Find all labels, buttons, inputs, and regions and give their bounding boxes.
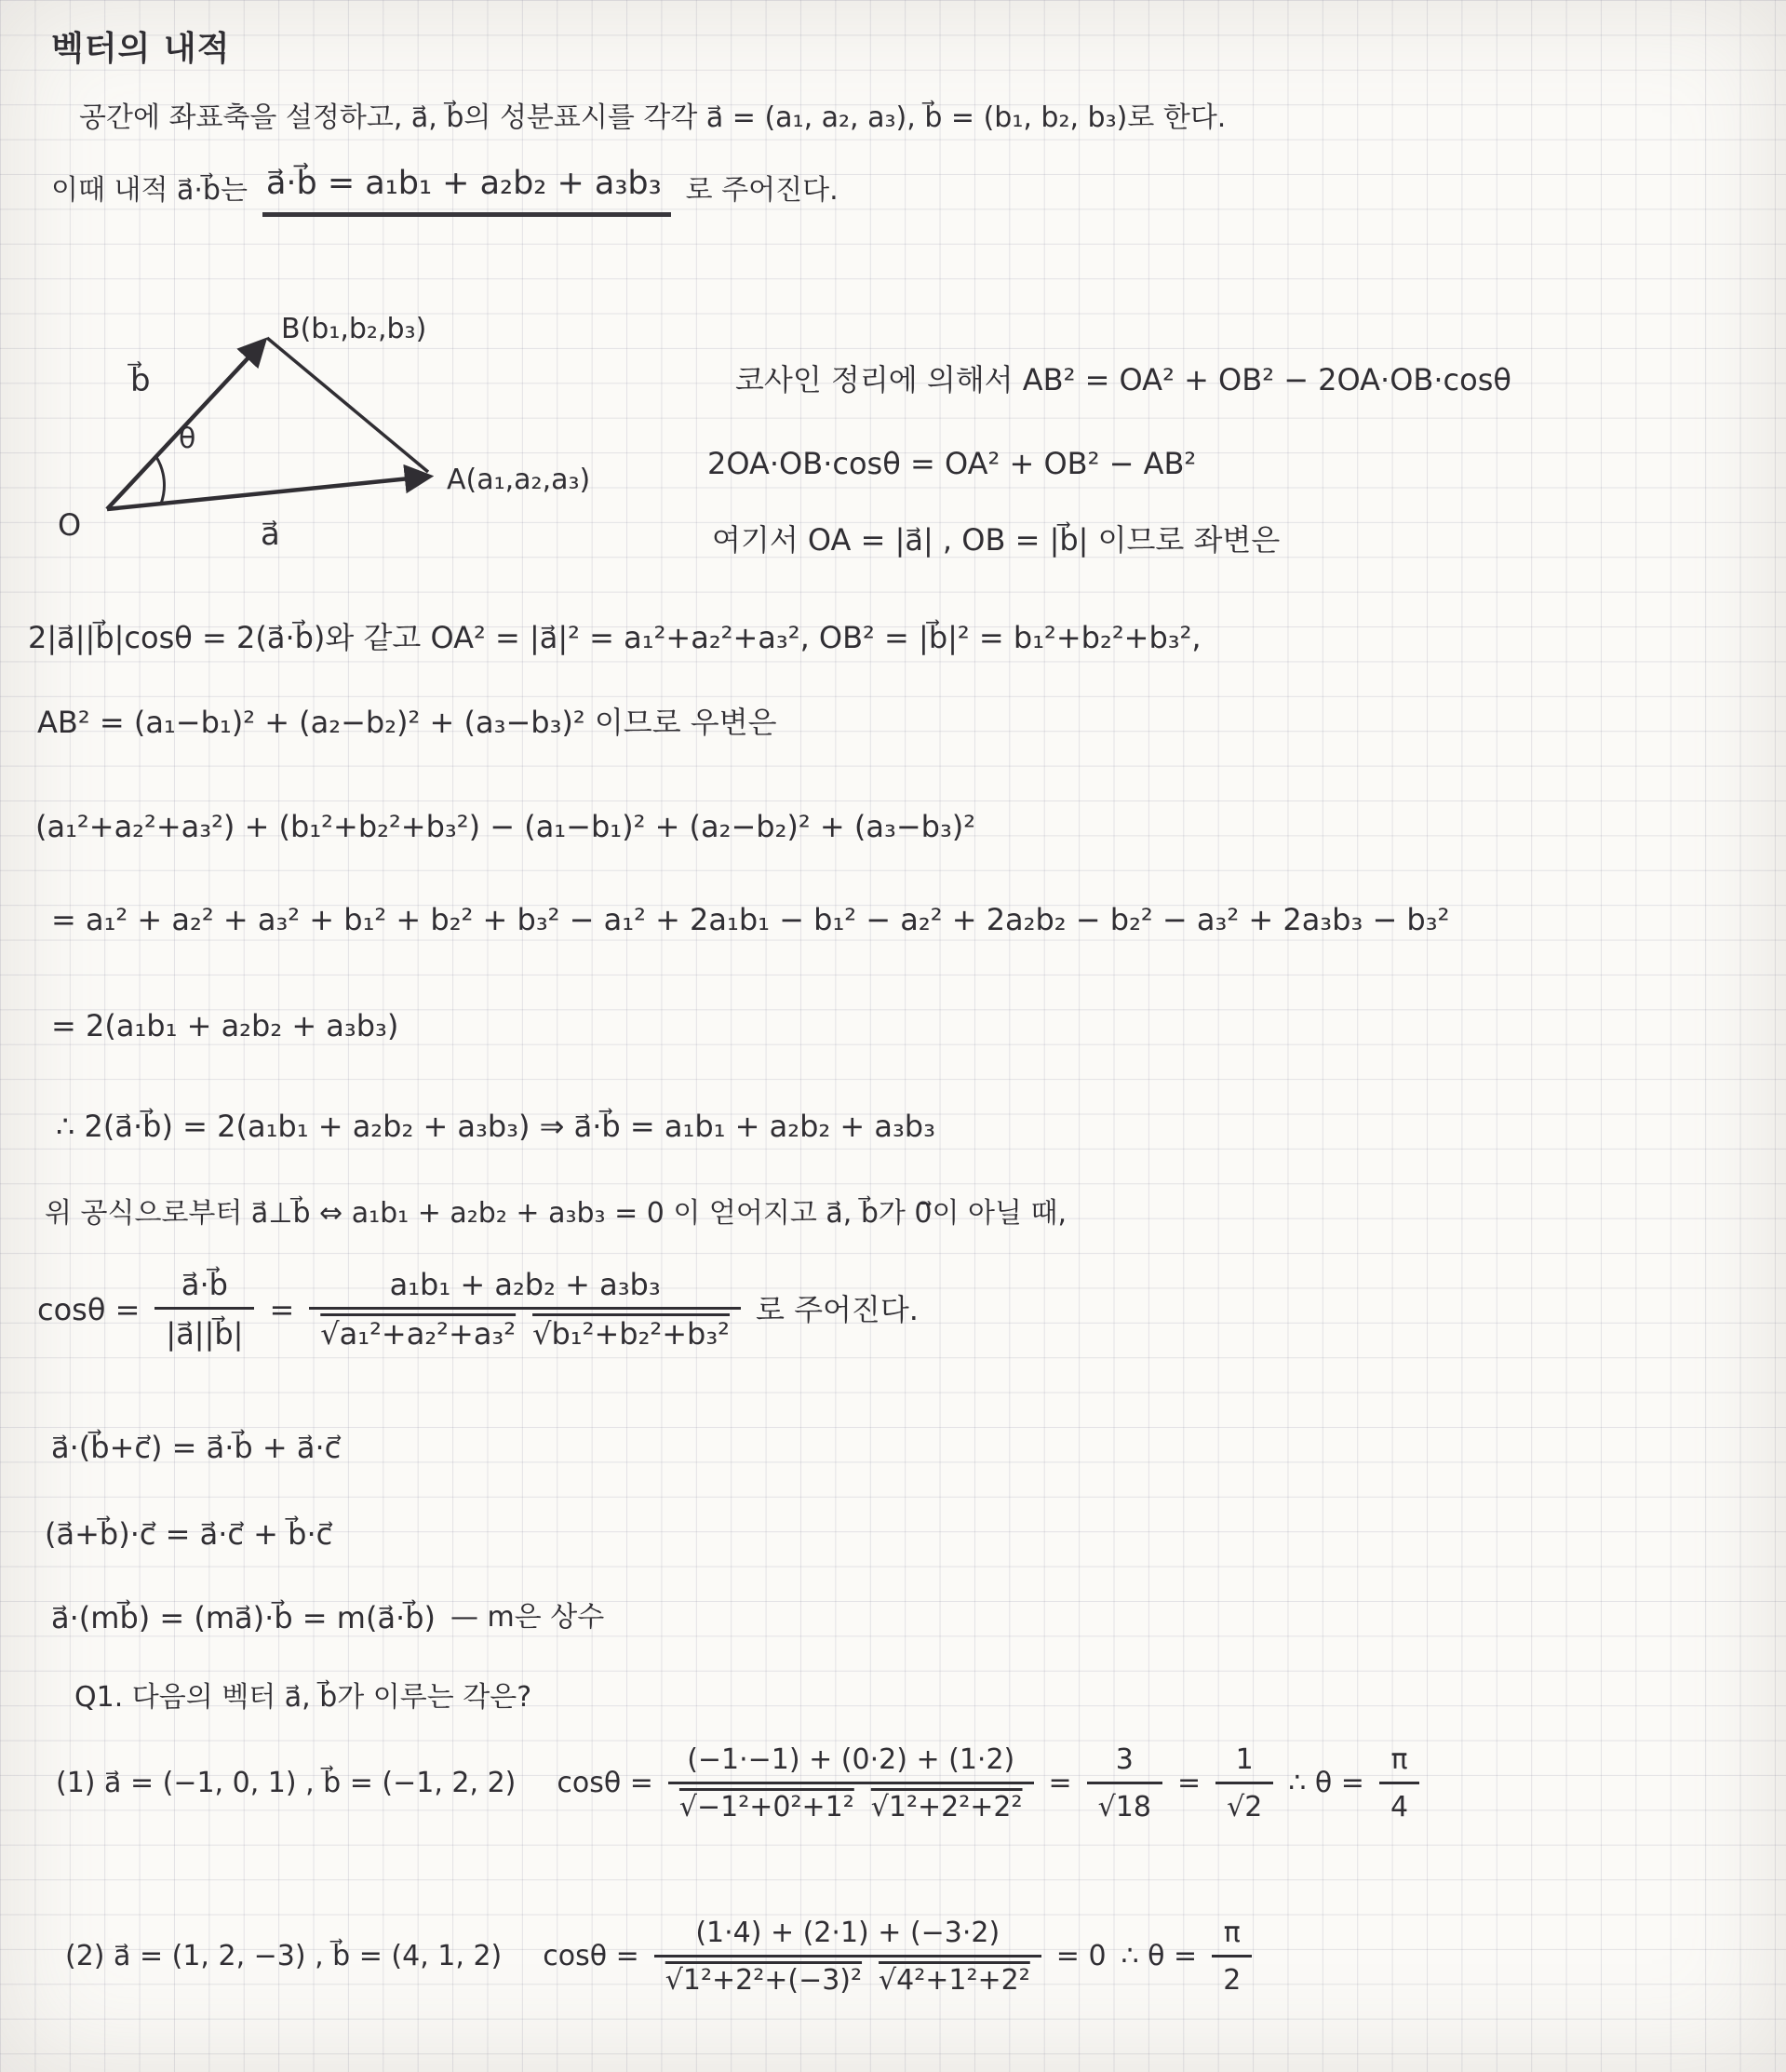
part1-fraction-3: 1 √2 — [1215, 1742, 1273, 1824]
notebook-page: 벡터의 내적 공간에 좌표축을 설정하고, a⃗, b⃗의 성분표시를 각각 a… — [0, 0, 1786, 2072]
question-part-2: (2) a⃗ = (1, 2, −3) , b⃗ = (4, 1, 2) cos… — [65, 1916, 1252, 1998]
fraction-numerator: π — [1379, 1742, 1418, 1782]
radical-b: √1²+2²+2² — [871, 1790, 1023, 1825]
fraction-numerator: π — [1213, 1916, 1252, 1955]
vector-a-arrow — [107, 477, 428, 509]
part1-fraction: (−1·−1) + (0·2) + (1·2) √−1²+0²+1² √1²+2… — [668, 1742, 1034, 1824]
intro-line-1: 공간에 좌표축을 설정하고, a⃗, b⃗의 성분표시를 각각 a⃗ = (a₁… — [79, 101, 1226, 136]
part1-cos-lhs: cosθ = — [557, 1766, 653, 1801]
scalar-property-note: — m은 상수 — [450, 1600, 604, 1635]
fraction-numerator: a⃗·b⃗ — [170, 1266, 239, 1307]
part2-cos-lhs: cosθ = — [543, 1939, 639, 1974]
fraction-denominator: |a⃗||b⃗| — [166, 1315, 243, 1352]
property-line-2: (a⃗+b⃗)·c⃗ = a⃗·c⃗ + b⃗·c⃗ — [45, 1515, 332, 1553]
point-b-label: B(b₁,b₂,b₃) — [281, 313, 426, 345]
radical-b: √4²+1²+2² — [879, 1963, 1030, 1998]
page-title: 벡터의 내적 — [51, 28, 230, 70]
vector-a-label: a⃗ — [261, 516, 280, 553]
fraction-denominator: √18 — [1098, 1790, 1151, 1825]
radical-a: √1²+2²+(−3)² — [665, 1963, 862, 1998]
question-header: Q1. 다음의 벡터 a⃗, b⃗가 이루는 각은? — [74, 1680, 531, 1715]
part2-therefore: ∴ θ = — [1121, 1939, 1198, 1974]
vector-triangle-figure: B(b₁,b₂,b₃) A(a₁,a₂,a₃) O b⃗ a⃗ θ — [37, 312, 689, 558]
question-part-1: (1) a⃗ = (−1, 0, 1) , b⃗ = (−1, 2, 2) co… — [56, 1742, 1419, 1824]
radical-a: √−1²+0²+1² — [679, 1790, 854, 1825]
equals-sign: = — [1049, 1766, 1072, 1801]
part2-answer-fraction: π 2 — [1212, 1916, 1252, 1998]
fraction-numerator: a₁b₁ + a₂b₂ + a₃b₃ — [379, 1266, 672, 1307]
part2-result: = 0 — [1056, 1939, 1107, 1974]
fraction-denominator: 2 — [1223, 1963, 1241, 1998]
part1-fraction-2: 3 √18 — [1087, 1742, 1162, 1824]
derivation-line-4: = a₁² + a₂² + a₃² + b₁² + b₂² + b₃² − a₁… — [51, 901, 1449, 938]
equals-sign: = — [1177, 1766, 1201, 1801]
fraction-numerator: (1·4) + (2·1) + (−3·2) — [684, 1916, 1011, 1955]
theta-label: θ — [179, 423, 195, 455]
derivation-line-7: 위 공식으로부터 a⃗⊥b⃗ ⇔ a₁b₁ + a₂b₂ + a₃b₃ = 0 … — [45, 1196, 1067, 1231]
derivation-line-2: AB² = (a₁−b₁)² + (a₂−b₂)² + (a₃−b₃)² 이므로… — [37, 704, 777, 741]
part1-therefore: ∴ θ = — [1288, 1766, 1364, 1801]
cosine-law-line-3: 여기서 OA = |a⃗| , OB = |b⃗| 이므로 좌변은 — [712, 521, 1280, 558]
theta-arc — [156, 457, 164, 504]
property-line-1: a⃗·(b⃗+c⃗) = a⃗·b⃗ + a⃗·c⃗ — [51, 1429, 341, 1466]
part1-answer-fraction: π 4 — [1379, 1742, 1419, 1824]
radical-a: √a₁²+a₂²+a₃² — [320, 1315, 516, 1352]
derivation-line-1: 2|a⃗||b⃗|cosθ = 2(a⃗·b⃗)와 같고 OA² = |a⃗|²… — [28, 619, 1202, 656]
intro-line-2: 이때 내적 a⃗·b⃗는 a⃗·b⃗ = a₁b₁ + a₂b₂ + a₃b₃ … — [51, 164, 839, 217]
cosine-law-line-1: 코사인 정리에 의해서 AB² = OA² + OB² − 2OA·OB·cos… — [735, 361, 1511, 398]
fraction-denominator: √2 — [1227, 1790, 1262, 1825]
cos-suffix: 로 주어진다. — [756, 1291, 919, 1328]
cos-fraction-symbolic: a⃗·b⃗ |a⃗||b⃗| — [154, 1266, 254, 1352]
cos-lhs: cosθ = — [37, 1291, 140, 1328]
derivation-line-3: (a₁²+a₂²+a₃²) + (b₁²+b₂²+b₃²) − (a₁−b₁)²… — [35, 808, 975, 845]
scalar-property: a⃗·(mb⃗) = (ma⃗)·b⃗ = m(a⃗·b⃗) — [51, 1599, 436, 1636]
equals-sign: = — [269, 1291, 294, 1328]
dot-product-formula: a⃗·b⃗ = a₁b₁ + a₂b₂ + a₃b₃ — [262, 164, 671, 217]
part2-fraction: (1·4) + (2·1) + (−3·2) √1²+2²+(−3)² √4²+… — [654, 1916, 1041, 1998]
fraction-numerator: 3 — [1105, 1742, 1145, 1782]
derivation-line-6: ∴ 2(a⃗·b⃗) = 2(a₁b₁ + a₂b₂ + a₃b₃) ⇒ a⃗·… — [56, 1108, 935, 1145]
fraction-denominator: 4 — [1390, 1790, 1408, 1825]
derivation-line-5: = 2(a₁b₁ + a₂b₂ + a₃b₃) — [51, 1007, 398, 1044]
origin-label: O — [58, 507, 81, 543]
fraction-numerator: 1 — [1225, 1742, 1265, 1782]
cos-fraction-components: a₁b₁ + a₂b₂ + a₃b₃ √a₁²+a₂²+a₃² √b₁²+b₂²… — [309, 1266, 741, 1352]
property-line-3: a⃗·(mb⃗) = (ma⃗)·b⃗ = m(a⃗·b⃗) — m은 상수 — [51, 1599, 604, 1636]
cosine-law-line-2: 2OA·OB·cosθ = OA² + OB² − AB² — [707, 445, 1196, 482]
part2-given: (2) a⃗ = (1, 2, −3) , b⃗ = (4, 1, 2) — [65, 1939, 502, 1974]
cos-theta-formula: cosθ = a⃗·b⃗ |a⃗||b⃗| = a₁b₁ + a₂b₂ + a₃… — [37, 1266, 919, 1352]
radical-b: √b₁²+b₂²+b₃² — [532, 1315, 730, 1352]
point-a-label: A(a₁,a₂,a₃) — [447, 464, 590, 496]
side-ba-line — [267, 338, 428, 472]
vector-b-label: b⃗ — [128, 361, 150, 399]
fraction-numerator: (−1·−1) + (0·2) + (1·2) — [676, 1742, 1026, 1782]
intro-line-2-suffix: 로 주어진다. — [686, 173, 839, 209]
intro-line-2-prefix: 이때 내적 a⃗·b⃗는 — [51, 173, 248, 209]
part1-given: (1) a⃗ = (−1, 0, 1) , b⃗ = (−1, 2, 2) — [56, 1766, 516, 1801]
